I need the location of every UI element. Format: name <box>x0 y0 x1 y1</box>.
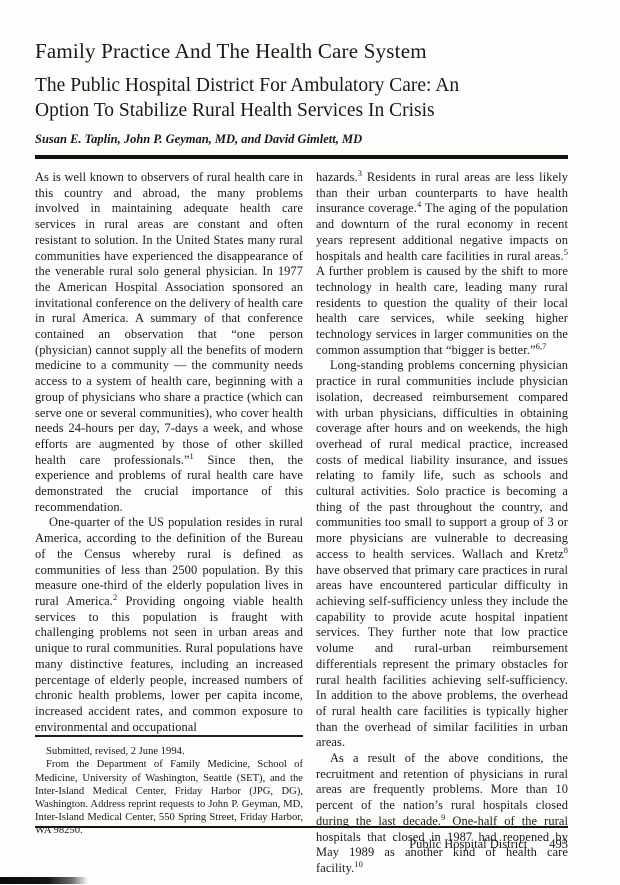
paragraph: hazards.3 Residents in rural areas are l… <box>316 170 568 358</box>
reference-superscript: 3 <box>358 168 362 178</box>
scan-artifact <box>0 877 88 884</box>
reference-superscript: 6,7 <box>536 341 547 351</box>
article-title: The Public Hospital District For Ambulat… <box>35 73 513 123</box>
running-title: Public Hospital District <box>409 837 527 851</box>
footnote-paragraph: Submitted, revised, 2 June 1994. <box>35 745 303 758</box>
left-column: As is well known to observers of rural h… <box>35 170 303 823</box>
byline: Susan E. Taplin, John P. Geyman, MD, and… <box>35 132 568 147</box>
paragraph: As a result of the above conditions, the… <box>316 751 568 877</box>
left-column-text: As is well known to observers of rural h… <box>35 170 303 735</box>
section-title: Family Practice And The Health Care Syst… <box>35 38 568 64</box>
reference-superscript: 9 <box>441 812 445 822</box>
reference-superscript: 1 <box>190 451 194 461</box>
paragraph: Long-standing problems concerning physic… <box>316 358 568 751</box>
title-divider <box>35 155 568 159</box>
reference-superscript: 4 <box>417 199 421 209</box>
body-columns: As is well known to observers of rural h… <box>35 170 568 823</box>
page-content: Family Practice And The Health Care Syst… <box>0 0 620 852</box>
paragraph: As is well known to observers of rural h… <box>35 170 303 515</box>
journal-page: Family Practice And The Health Care Syst… <box>0 0 620 885</box>
right-column: hazards.3 Residents in rural areas are l… <box>316 170 568 823</box>
page-number: 493 <box>549 837 568 851</box>
reference-superscript: 10 <box>354 859 363 869</box>
reference-superscript: 5 <box>564 246 568 256</box>
paragraph: One-quarter of the US population resides… <box>35 515 303 735</box>
reference-superscript: 8 <box>564 545 568 555</box>
page-footer: Public Hospital District493 <box>35 837 568 852</box>
reference-superscript: 2 <box>113 592 117 602</box>
footnote-text: Submitted, revised, 2 June 1994.From the… <box>35 737 303 837</box>
footnote: Submitted, revised, 2 June 1994.From the… <box>35 735 303 837</box>
footnote-paragraph: From the Department of Family Medicine, … <box>35 758 303 837</box>
